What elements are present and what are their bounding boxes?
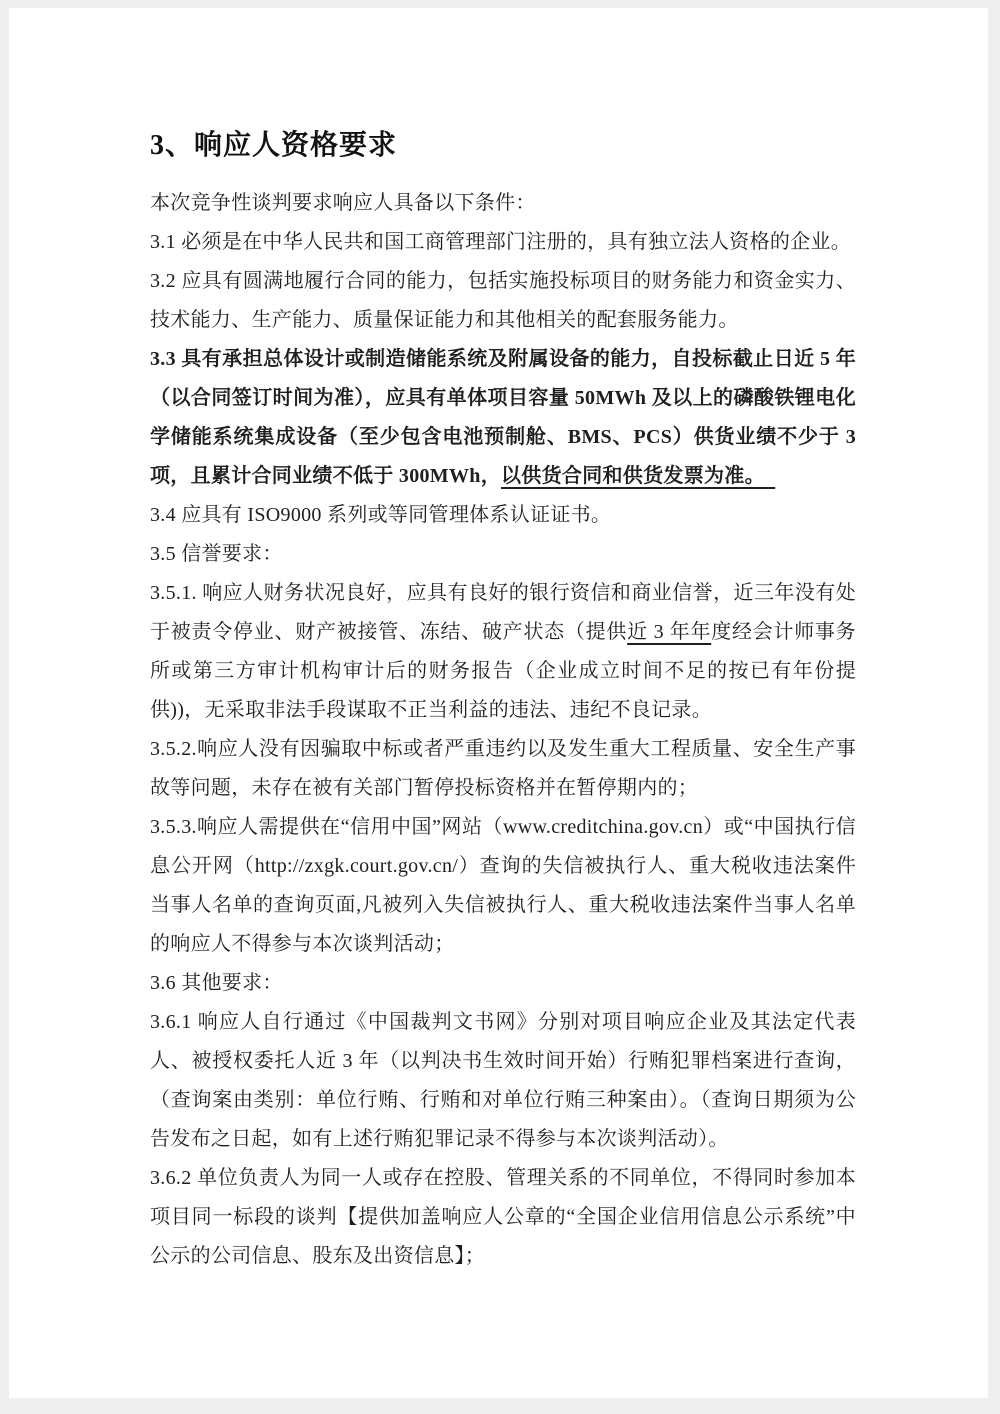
text-segment: 3.5.2.响应人没有因骗取中标或者严重违约以及发生重大工程质量、安全生产事故等…: [150, 738, 856, 799]
document-page: 3、响应人资格要求 本次竞争性谈判要求响应人具备以下条件：3.1 必须是在中华人…: [9, 8, 988, 1398]
text-segment: 以供货合同和供货发票为准。: [501, 465, 775, 487]
text-segment: 3.5 信誉要求：: [150, 543, 283, 565]
section-heading: 3、响应人资格要求: [150, 124, 856, 168]
paragraph-clause-3-5: 3.5 信誉要求：: [150, 535, 856, 574]
paragraph-intro: 本次竞争性谈判要求响应人具备以下条件：: [150, 184, 856, 223]
text-segment: 3.4 应具有 ISO9000 系列或等同管理体系认证证书。: [150, 504, 611, 526]
paragraph-clause-3-1: 3.1 必须是在中华人民共和国工商管理部门注册的，具有独立法人资格的企业。: [150, 223, 856, 262]
paragraph-clause-3-6: 3.6 其他要求：: [150, 964, 856, 1003]
text-segment: 3.5.3.响应人需提供在“信用中国”网站（www.creditchina.go…: [150, 816, 856, 955]
paragraph-clause-3-5-3: 3.5.3.响应人需提供在“信用中国”网站（www.creditchina.go…: [150, 808, 856, 964]
paragraph-clause-3-2: 3.2 应具有圆满地履行合同的能力，包括实施投标项目的财务能力和资金实力、技术能…: [150, 262, 856, 340]
paragraph-clause-3-6-1: 3.6.1 响应人自行通过《中国裁判文书网》分别对项目响应企业及其法定代表人、被…: [150, 1003, 856, 1159]
text-segment: 本次竞争性谈判要求响应人具备以下条件：: [150, 192, 536, 214]
paragraph-clause-3-3: 3.3 具有承担总体设计或制造储能系统及附属设备的能力，自投标截止日近 5 年（…: [150, 340, 856, 496]
paragraph-clause-3-5-1: 3.5.1. 响应人财务状况良好，应具有良好的银行资信和商业信誉，近三年没有处于…: [150, 574, 856, 730]
paragraph-clause-3-6-2: 3.6.2 单位负责人为同一人或存在控股、管理关系的不同单位，不得同时参加本项目…: [150, 1159, 856, 1276]
text-segment: 3.6.1 响应人自行通过《中国裁判文书网》分别对项目响应企业及其法定代表人、被…: [150, 1011, 856, 1150]
text-segment: 近 3 年年: [627, 621, 711, 643]
text-segment: 3.6 其他要求：: [150, 972, 283, 994]
paragraph-clause-3-4: 3.4 应具有 ISO9000 系列或等同管理体系认证证书。: [150, 496, 856, 535]
text-segment: 3.2 应具有圆满地履行合同的能力，包括实施投标项目的财务能力和资金实力、技术能…: [150, 270, 856, 331]
document-content: 3、响应人资格要求 本次竞争性谈判要求响应人具备以下条件：3.1 必须是在中华人…: [150, 124, 856, 1276]
text-segment: 3.1 必须是在中华人民共和国工商管理部门注册的，具有独立法人资格的企业。: [150, 231, 851, 253]
document-body: 本次竞争性谈判要求响应人具备以下条件：3.1 必须是在中华人民共和国工商管理部门…: [150, 184, 856, 1276]
paragraph-clause-3-5-2: 3.5.2.响应人没有因骗取中标或者严重违约以及发生重大工程质量、安全生产事故等…: [150, 730, 856, 808]
text-segment: 3.6.2 单位负责人为同一人或存在控股、管理关系的不同单位，不得同时参加本项目…: [150, 1167, 856, 1267]
